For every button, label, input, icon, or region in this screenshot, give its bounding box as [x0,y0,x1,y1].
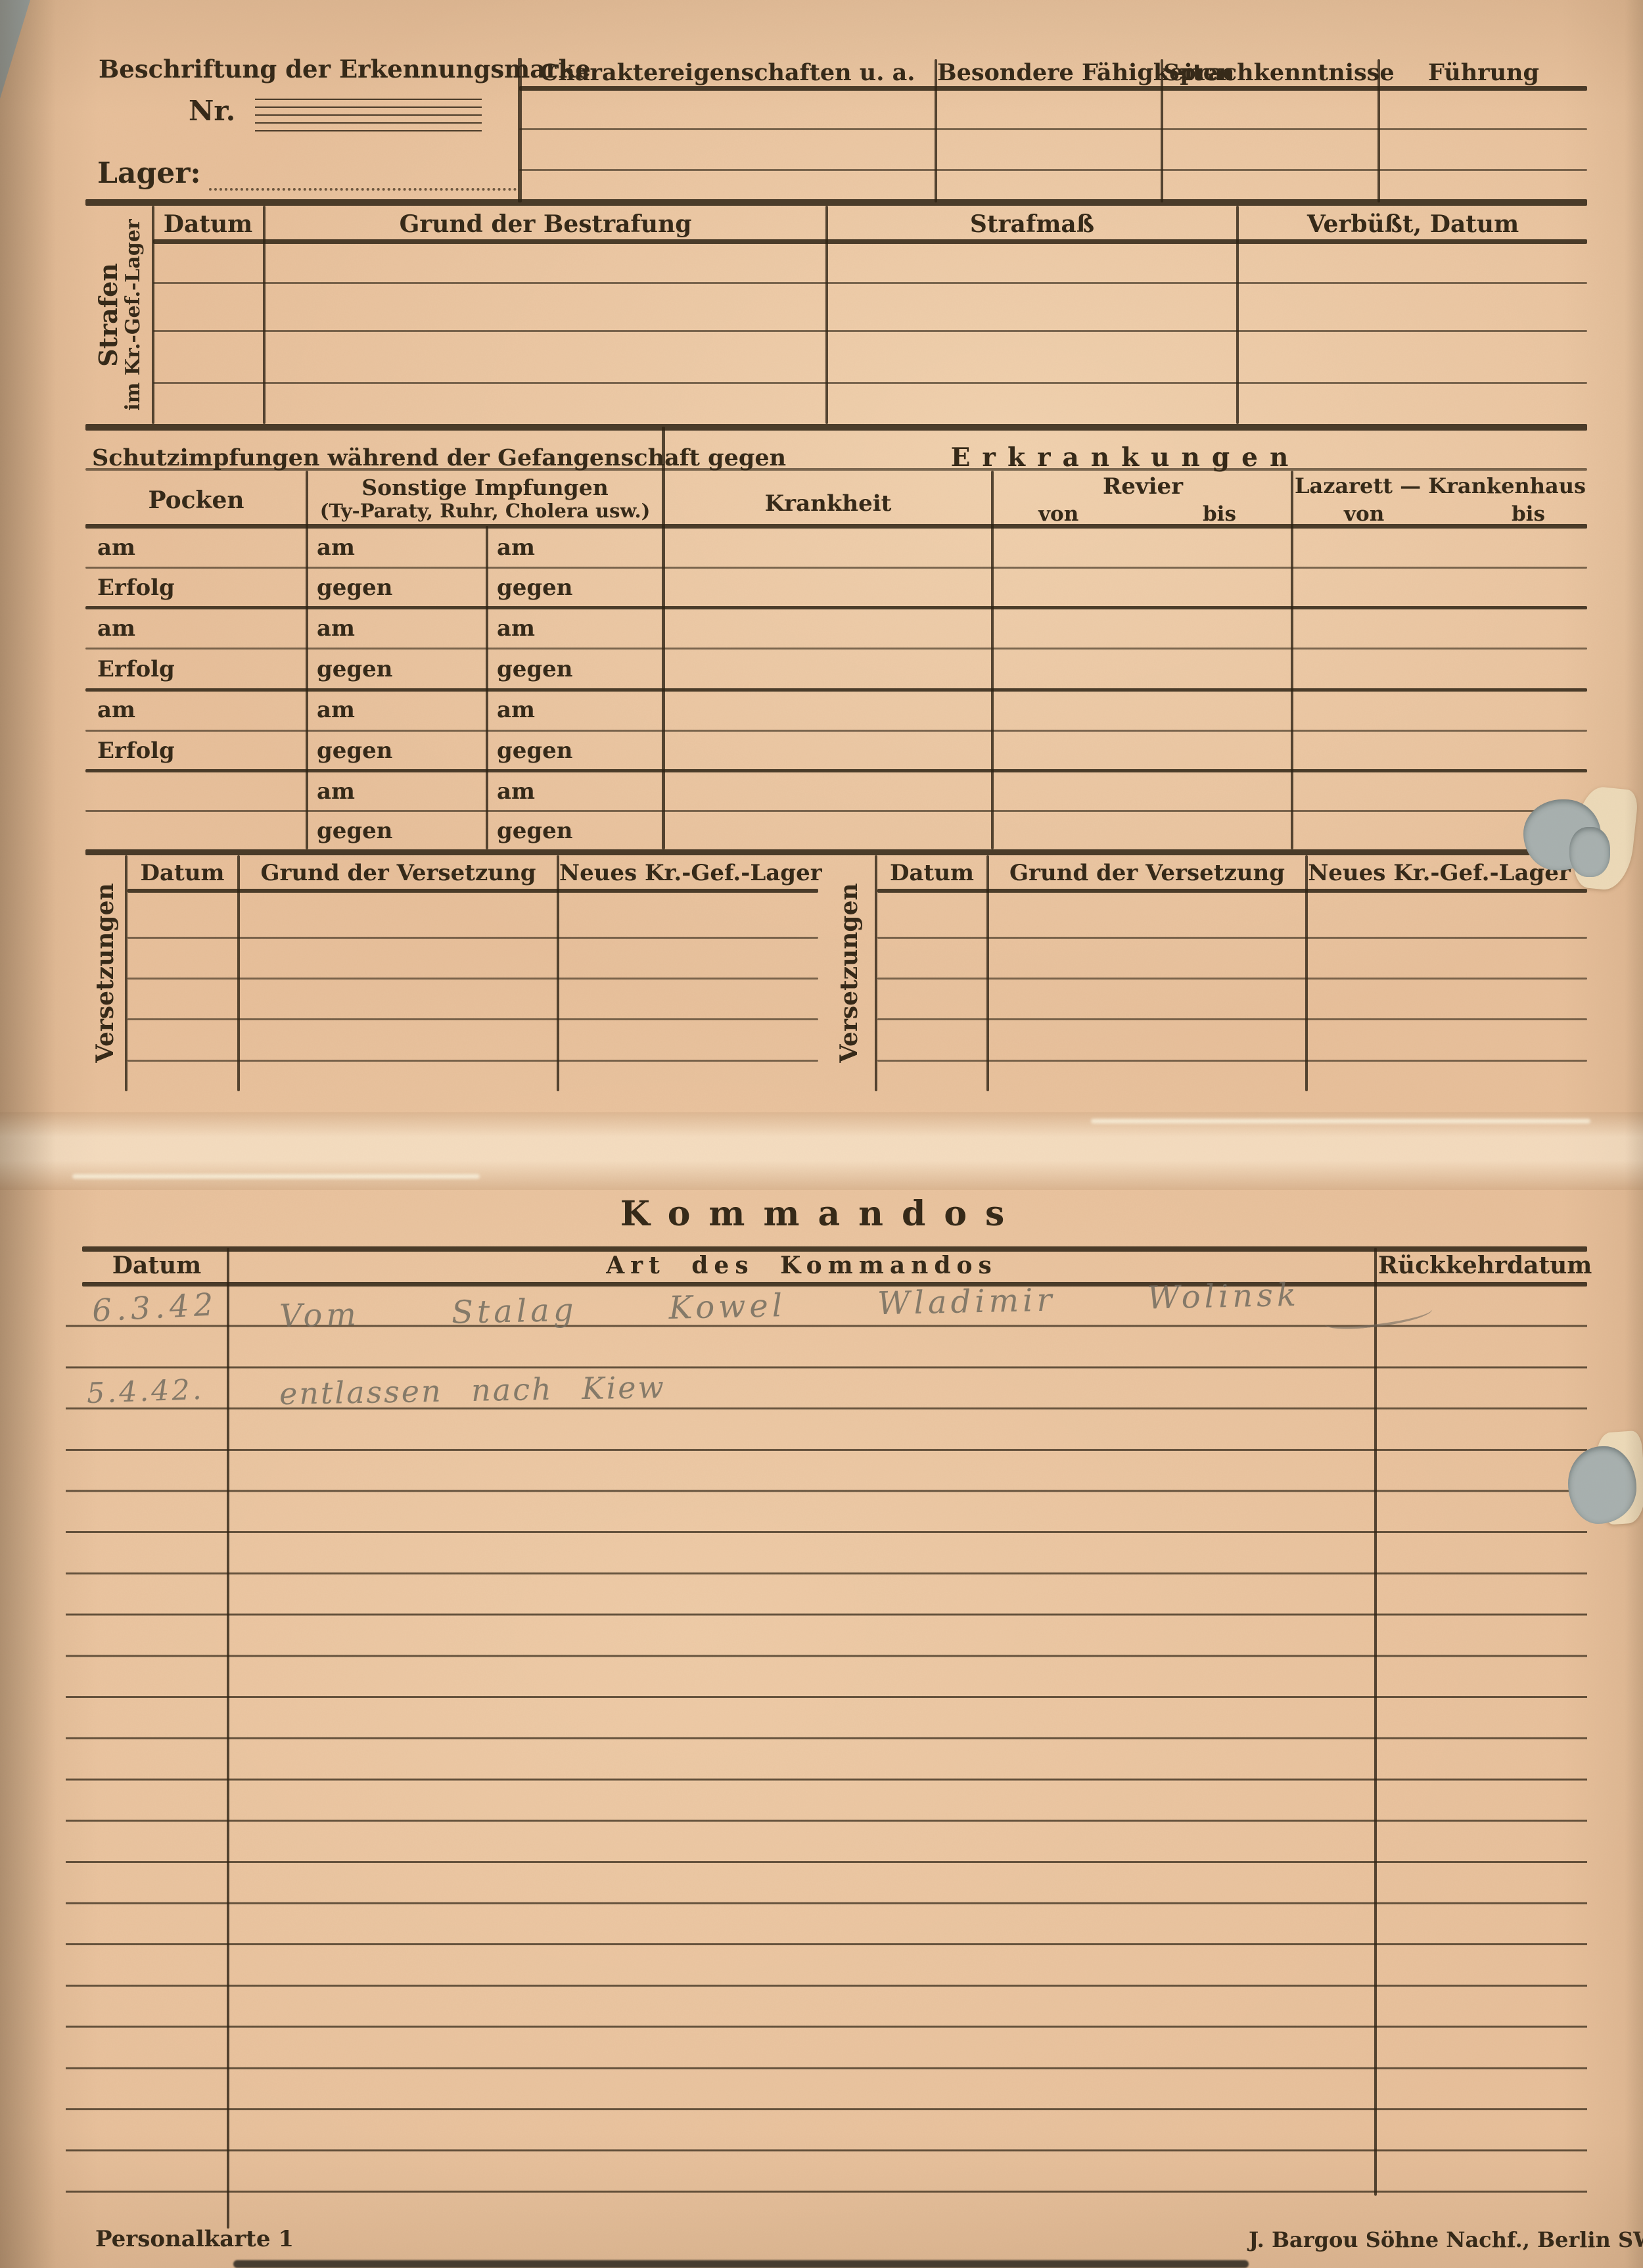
vers-r-header-underline [877,889,1587,893]
sonstige-b-row-label: gegen [497,576,573,600]
impf-sonstige-divider [486,526,488,849]
impf-erkr-divider [662,427,665,849]
col-fuehrung: Führung [1380,60,1587,86]
footer-printer: J. Bargou Söhne Nachf., Berlin SW 68 [1249,2229,1593,2252]
pocken-row-label: Erfolg [97,739,175,763]
pocken-row-label: Erfolg [97,657,175,682]
id-row-line-2 [519,169,1587,171]
sonstige-b-row-label: am [497,698,535,722]
strafen-grund-divider [825,206,828,424]
erkr-revier-bis: bis [1203,503,1236,525]
erkr-lazarett-von: von [1344,503,1384,525]
pocken-row-label: am [97,536,135,560]
vers-r-h-neues: Neues Kr.-Gef.-Lager [1308,861,1571,886]
crease-fiber-right [1091,1119,1590,1123]
sonstige-a-row-label: gegen [317,576,393,600]
impf-row-line-3 [85,648,1587,650]
footer-form-name: Personalkarte 1 [95,2227,294,2252]
kommandos-title: Kommandos [493,1195,1150,1233]
erkr-h-lazarett: Lazarett — Krankenhaus [1293,475,1587,498]
impf-title-underline [85,468,1587,471]
erkr-h-revier: Revier [994,475,1292,499]
vers-r-row-3 [877,1018,1587,1020]
sonstige-a-row-label: am [317,698,355,722]
bottom-edge-line [233,2260,1249,2268]
sonstige-b-row-label: am [497,617,535,641]
col-sprachkenntnisse: Sprachkenntnisse [1163,60,1376,86]
id-title: Beschriftung der Erkennungsmarke [99,56,519,83]
strafen-side-label: Strafen im Kr.-Gef.-Lager [85,206,153,424]
id-col-divider-3 [1377,59,1380,202]
komm-ruled-rows [66,1286,1587,2196]
impf-h-sonstige-2: (Ty-Paraty, Ruhr, Cholera usw.) [307,501,663,522]
vers-r-row-4 [877,1060,1587,1062]
strafen-h-datum: Datum [153,212,263,238]
sonstige-a-row-label: am [317,617,355,641]
erkr-lazarett-bis: bis [1512,503,1545,525]
versetzungen-right-side-label: Versetzungen [829,855,870,1091]
versetzungen-left-side-label: Versetzungen [85,855,126,1091]
vers-r-h-datum: Datum [877,861,986,886]
impf-row-line-1 [85,567,1587,569]
komm-entry-datum: 5.4.42. [86,1373,204,1410]
erkr-h-krankheit: Krankheit [664,492,992,516]
sonstige-b-row-label: gegen [497,819,573,843]
vers-l-row-2 [127,978,818,980]
nr-ruled-lines [255,99,482,131]
strafen-bottom-border [85,424,1587,431]
strafen-row-line-2 [153,330,1587,332]
impf-row-line-5 [85,730,1587,732]
sonstige-a-row-label: gegen [317,657,393,682]
komm-h-datum: Datum [85,1253,228,1279]
vers-l-row-4 [127,1060,818,1062]
sonstige-a-row-label: gegen [317,739,393,763]
vers-l-header-underline [127,889,818,893]
col-faehigkeiten: Besondere Fähigkeiten [937,60,1159,86]
strafen-header-underline [153,239,1587,244]
impf-row-line-4 [85,688,1587,692]
impf-row-line-6 [85,769,1587,772]
komm-h-art: Art des Kommandos [231,1253,1373,1279]
vers-l-h-grund: Grund der Versetzung [240,861,557,886]
strafen-row-line-3 [153,382,1587,384]
komm-top-border [82,1246,1587,1252]
vers-l-row-1 [127,937,818,939]
versetzungen-right-label-text: Versetzungen [837,883,863,1062]
punch-hole-upper-ext [1569,827,1610,877]
strafen-h-verbuesst: Verbüßt, Datum [1239,212,1587,238]
id-col-divider-2 [1161,59,1163,202]
versetzungen-left-label-text: Versetzungen [93,883,119,1062]
strafen-strafmass-divider [1236,206,1239,424]
strafen-h-strafmass: Strafmaß [828,212,1236,238]
impf-row-line-2 [85,606,1587,609]
strafen-label-divider [152,206,154,424]
id-header-underline [519,86,1587,91]
right-edge-shadow [1625,0,1643,2268]
pocken-row-label: am [97,698,135,722]
id-row-line-1 [519,128,1587,130]
vers-r-h-grund: Grund der Versetzung [989,861,1305,886]
sonstige-a-row-label: am [317,536,355,560]
vers-r-row-2 [877,978,1587,980]
pocken-row-label: am [97,617,135,641]
komm-entry-datum: 6.3.42 [91,1287,219,1329]
crease-fiber-left [72,1174,480,1179]
lager-label: Lager: [97,158,201,189]
strafen-datum-divider [263,206,266,424]
komm-entry-art: entlassen nach Kiew [279,1369,666,1411]
strafen-side-line1: Strafen [95,263,122,367]
vers-l-h-datum: Datum [127,861,237,886]
vers-l-h-neues: Neues Kr.-Gef.-Lager [559,861,818,886]
impf-row-line-7 [85,810,1587,812]
vers-r-row-1 [877,937,1587,939]
pocken-row-label: Erfolg [97,576,175,600]
erkr-revier-von: von [1038,503,1078,525]
impf-subheader-underline [85,524,1587,529]
impf-h-pocken: Pocken [85,488,307,514]
impf-h-sonstige-1: Sonstige Impfungen [307,476,663,500]
strafen-side-line2: im Kr.-Gef.-Lager [122,219,144,410]
strafen-top-border [85,199,1587,206]
sonstige-b-row-label: gegen [497,657,573,682]
personalkarte-rueckseite: Beschriftung der Erkennungsmarke Nr. Lag… [0,0,1643,2268]
nr-label: Nr. [189,96,235,126]
strafen-h-grund: Grund der Bestrafung [266,212,825,238]
impfungen-title: Schutzimpfungen während der Gefangenscha… [92,446,657,471]
vers-l-row-3 [127,1018,818,1020]
komm-h-rueckkehr: Rückkehrdatum [1378,1253,1587,1279]
sonstige-a-row-label: gegen [317,819,393,843]
strafen-row-line-1 [153,282,1587,284]
sonstige-a-row-label: am [317,780,355,804]
sonstige-b-row-label: gegen [497,739,573,763]
sonstige-b-row-label: am [497,780,535,804]
lager-entry-line [209,166,517,191]
sonstige-b-row-label: am [497,536,535,560]
left-edge-shadow [0,0,56,2268]
col-charakter: Charaktereigenschaften u. a. [522,60,933,86]
id-col-divider-1 [935,59,937,202]
